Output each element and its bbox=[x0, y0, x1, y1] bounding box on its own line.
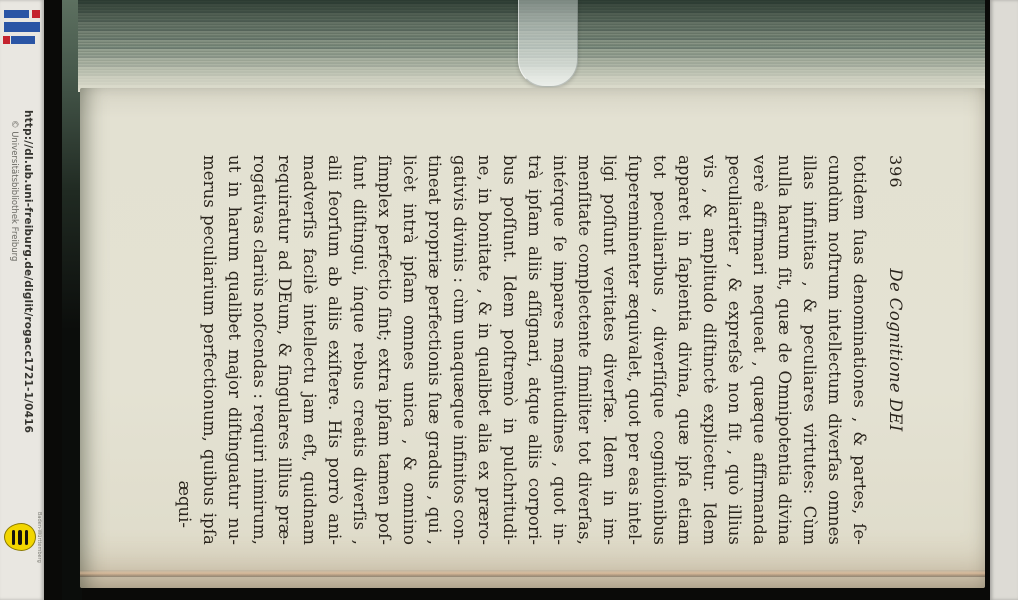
body-line: ſupereminenter æquivalet, quot per eas i… bbox=[622, 155, 647, 545]
body-line: verè affirmari nequeat , quæque affirman… bbox=[747, 155, 772, 545]
body-line: tineat propriæ perfectionis ſuæ gradus ,… bbox=[422, 155, 447, 545]
body-line: bus poſſunt. Idem poſtremò in pulchritud… bbox=[497, 155, 522, 545]
body-line: gativis divinis : cùm unaquæque infinito… bbox=[447, 155, 472, 545]
body-line: illas infinitas , & peculiares virtutes:… bbox=[797, 155, 822, 545]
scan-viewport: 396 De Cognitione DEI totidem ſuas denom… bbox=[0, 0, 1018, 600]
lion-mark bbox=[25, 530, 29, 545]
body-line: vis , & amplitudo diſtinctè explicetur. … bbox=[697, 155, 722, 545]
body-line: intérque ſe impares magnitudines , quot … bbox=[547, 155, 572, 545]
body-line: apparet in ſapientia divina, quæ ipſa et… bbox=[672, 155, 697, 545]
body-line: rogativas clariùs noſcendas : requiri ni… bbox=[247, 155, 272, 545]
coat-of-arms-caption: Baden-Württemberg bbox=[36, 512, 42, 563]
body-line: totidem ſuas denominationes , & partes, … bbox=[847, 155, 872, 545]
body-line: merus peculiarium perfectionum, quibus i… bbox=[197, 155, 222, 545]
ub-freiburg-logo-icon bbox=[2, 8, 42, 52]
body-line: cundùm noſtrum intellectum diverſas omne… bbox=[822, 155, 847, 545]
book-page: 396 De Cognitione DEI totidem ſuas denom… bbox=[80, 88, 985, 588]
coat-of-arms-block: Baden-Württemberg bbox=[4, 512, 42, 563]
body-line: alii ſeorſum ab aliis exiſtere. His porr… bbox=[322, 155, 347, 545]
body-line: ſunt diſtingui, ínque rebus creatis dive… bbox=[347, 155, 372, 545]
catchword: æqui- bbox=[172, 155, 197, 528]
right-frame-strip: Baden-Württemberg © Universitätsbiblioth… bbox=[990, 0, 1018, 600]
left-strip-text: http://dl.ub.uni-freiburg.de/diglit/roga… bbox=[10, 110, 35, 433]
body-line: ne, in bonitate , & in qualibet alia ex … bbox=[472, 155, 497, 545]
body-line: ſimplex perfectio ſint; extra ipſam tame… bbox=[372, 155, 397, 545]
running-title: De Cognitione DEI bbox=[886, 215, 905, 485]
page-holder-clip bbox=[518, 0, 578, 87]
lion-mark bbox=[12, 530, 16, 545]
body-line: madverſis facilè intellectu jam eſt, qui… bbox=[297, 155, 322, 545]
page-number: 396 bbox=[886, 155, 905, 215]
copyright-label-left: © Universitätsbibliothek Freiburg bbox=[10, 120, 20, 433]
scan-url-label: http://dl.ub.uni-freiburg.de/diglit/roga… bbox=[23, 110, 35, 433]
body-line: requiratur ad DEum, & ſingulares illius … bbox=[272, 155, 297, 545]
bw-coat-of-arms-icon bbox=[4, 523, 36, 551]
left-strip-content: http://dl.ub.uni-freiburg.de/diglit/roga… bbox=[0, 0, 44, 600]
body-text: totidem ſuas denominationes , & partes, … bbox=[197, 155, 872, 545]
body-line: trà ipſam aliis aſſignari, atque aliis c… bbox=[522, 155, 547, 545]
lion-mark bbox=[18, 530, 22, 545]
body-line: ligi poſſunt veritates diverſæ. Idem in … bbox=[597, 155, 622, 545]
page-header: 396 De Cognitione DEI bbox=[879, 155, 905, 545]
left-frame-strip: http://dl.ub.uni-freiburg.de/diglit/roga… bbox=[0, 0, 44, 600]
body-line: nulla harum ſit, quæ de Omnipotentia div… bbox=[772, 155, 797, 545]
page-text-block: 396 De Cognitione DEI totidem ſuas denom… bbox=[175, 155, 905, 545]
body-line: menſitate complectente ſimiliter tot div… bbox=[572, 155, 597, 545]
body-line: tot peculiaribus , diverſiſque cognition… bbox=[647, 155, 672, 545]
body-line: licèt intrà ipſam omnes unica , & omnino bbox=[397, 155, 422, 545]
body-line: peculiariter , & expreſsè non ſit , quò … bbox=[722, 155, 747, 545]
page-crease bbox=[80, 570, 985, 577]
body-line: ut in harum qualibet major diſtinguatur … bbox=[222, 155, 247, 545]
